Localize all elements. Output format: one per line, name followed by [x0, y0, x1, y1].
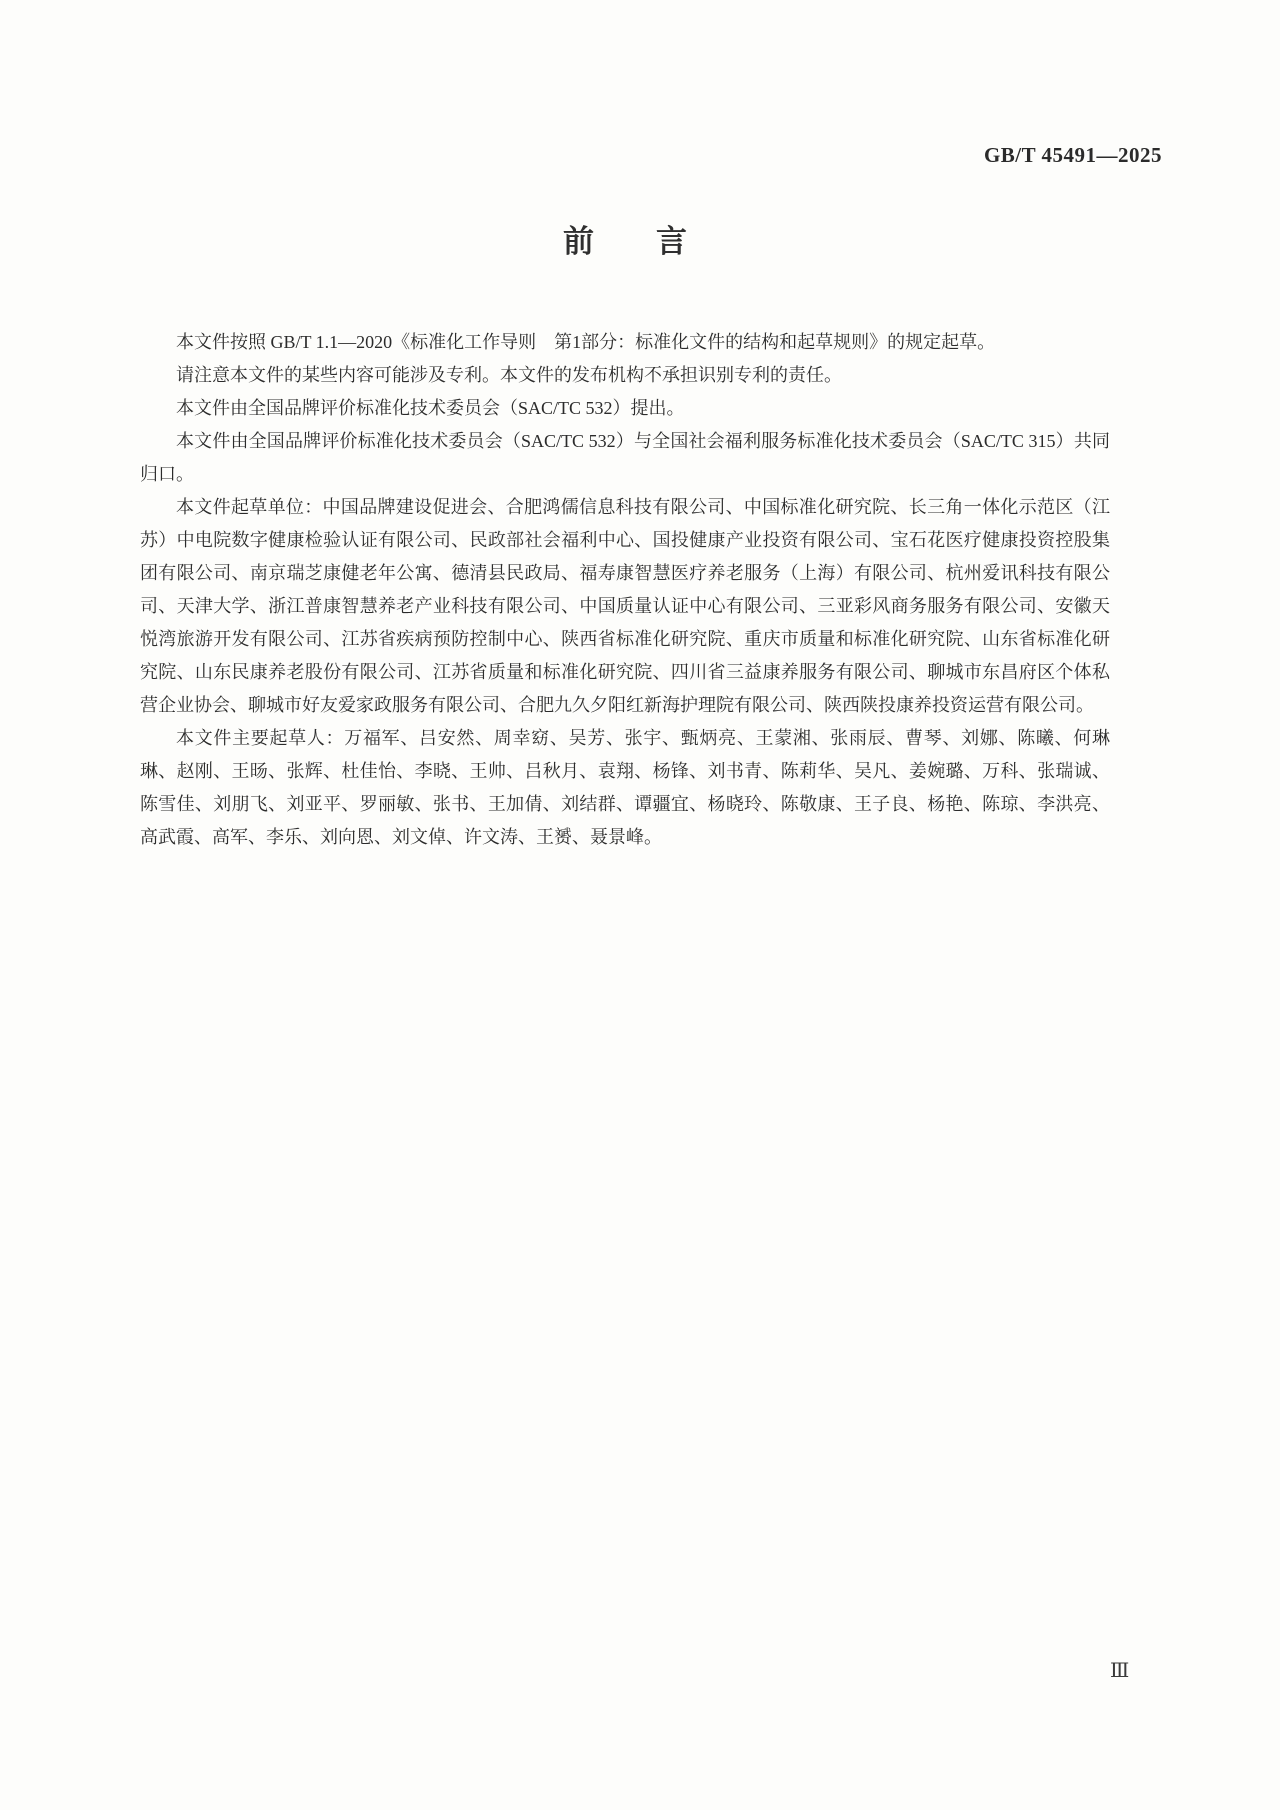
standard-number: GB/T 45491—2025 — [984, 143, 1162, 168]
page-title: 前 言 — [140, 216, 1110, 261]
paragraph-patent-notice: 请注意本文件的某些内容可能涉及专利。本文件的发布机构不承担识别专利的责任。 — [140, 359, 1110, 392]
page-number: Ⅲ — [1110, 1658, 1129, 1683]
paragraph-under-jurisdiction: 本文件由全国品牌评价标准化技术委员会（SAC/TC 532）与全国社会福利服务标… — [140, 425, 1110, 491]
paragraph-drafting-organizations: 本文件起草单位：中国品牌建设促进会、合肥鸿儒信息科技有限公司、中国标准化研究院、… — [140, 491, 1110, 722]
foreword-body: 本文件按照 GB/T 1.1—2020《标准化工作导则 第1部分：标准化文件的结… — [140, 326, 1110, 854]
document-page: GB/T 45491—2025 前 言 本文件按照 GB/T 1.1—2020《… — [0, 0, 1280, 1810]
paragraph-proposed-by: 本文件由全国品牌评价标准化技术委员会（SAC/TC 532）提出。 — [140, 392, 1110, 425]
paragraph-main-drafters: 本文件主要起草人：万福军、吕安然、周幸窈、吴芳、张宇、甄炳亮、王蒙湘、张雨辰、曹… — [140, 722, 1110, 854]
paragraph-drafting-rule: 本文件按照 GB/T 1.1—2020《标准化工作导则 第1部分：标准化文件的结… — [140, 326, 1110, 359]
